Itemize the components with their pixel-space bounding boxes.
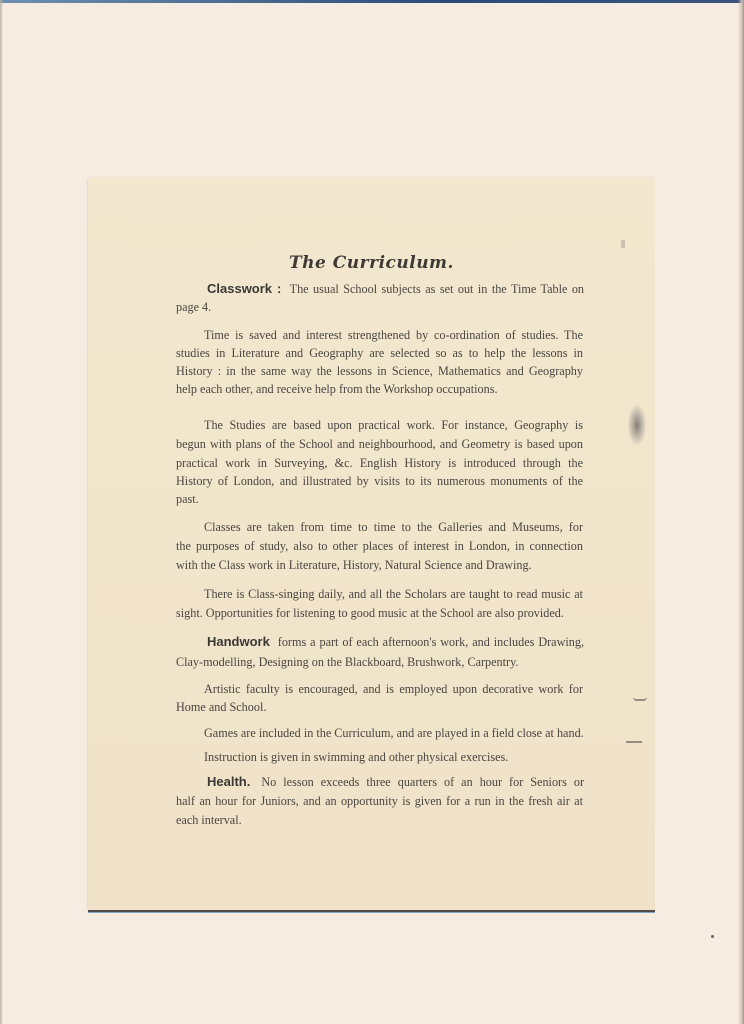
- paragraph-lead: Handwork: [207, 634, 270, 649]
- paragraph-line: The Studies are based upon practical wor…: [204, 418, 583, 433]
- scan-top-edge: [0, 0, 744, 3]
- paragraph-line: Home and School.: [176, 700, 266, 715]
- paragraph-line: half an hour for Juniors, and an opportu…: [176, 794, 583, 809]
- paragraph-line: Classes are taken from time to time to t…: [204, 520, 583, 535]
- paragraph-line: History : in the same way the lessons in…: [176, 364, 583, 379]
- paragraph-line: Handwork forms a part of each afternoon'…: [207, 634, 584, 650]
- paragraph-line: Clay-modelling, Designing on the Blackbo…: [176, 655, 518, 670]
- line-text: The usual School subjects as set out in …: [290, 282, 584, 296]
- paragraph-line: Games are included in the Curriculum, an…: [204, 726, 583, 741]
- paper-blemish: [621, 240, 625, 248]
- paragraph-line: with the Class work in Literature, Histo…: [176, 558, 532, 573]
- paper-tear: [628, 405, 646, 445]
- scan-right-edge: [738, 0, 744, 1024]
- paragraph-line: Artistic faculty is encouraged, and is e…: [204, 682, 583, 697]
- paragraph-line: the purposes of study, also to other pla…: [176, 539, 583, 554]
- paragraph-line: page 4.: [176, 300, 211, 315]
- paper-nick: [626, 741, 642, 743]
- paragraph-line: studies in Literature and Geography are …: [176, 346, 583, 361]
- paragraph-line: practical work in Surveying, &c. English…: [176, 456, 583, 471]
- paragraph-line: help each other, and receive help from t…: [176, 382, 498, 397]
- paragraph-lead: Health.: [207, 774, 250, 789]
- scan-speck: [711, 935, 714, 938]
- paragraph-line: Classwork : The usual School subjects as…: [207, 281, 584, 297]
- page-title: The Curriculum.: [88, 253, 655, 273]
- paragraph-line: sight. Opportunities for listening to go…: [176, 606, 564, 621]
- scan-left-edge: [0, 0, 3, 1024]
- paragraph-line: past.: [176, 492, 199, 507]
- paragraph-line: begun with plans of the School and neigh…: [176, 437, 583, 452]
- document-page: The Curriculum. Classwork : The usual Sc…: [88, 177, 655, 910]
- paragraph-lead: Classwork :: [207, 281, 281, 296]
- paragraph-line: There is Class-singing daily, and all th…: [204, 587, 583, 602]
- paragraph-line: Health. No lesson exceeds three quarters…: [207, 774, 584, 790]
- paper-nick: [633, 695, 647, 701]
- paragraph-line: Instruction is given in swimming and oth…: [204, 750, 508, 765]
- paragraph-line: each interval.: [176, 813, 242, 828]
- paragraph-line: History of London, and illustrated by vi…: [176, 474, 583, 489]
- paragraph-line: Time is saved and interest strengthened …: [204, 328, 583, 343]
- line-text: No lesson exceeds three quarters of an h…: [261, 775, 584, 789]
- line-text: forms a part of each afternoon's work, a…: [278, 635, 584, 649]
